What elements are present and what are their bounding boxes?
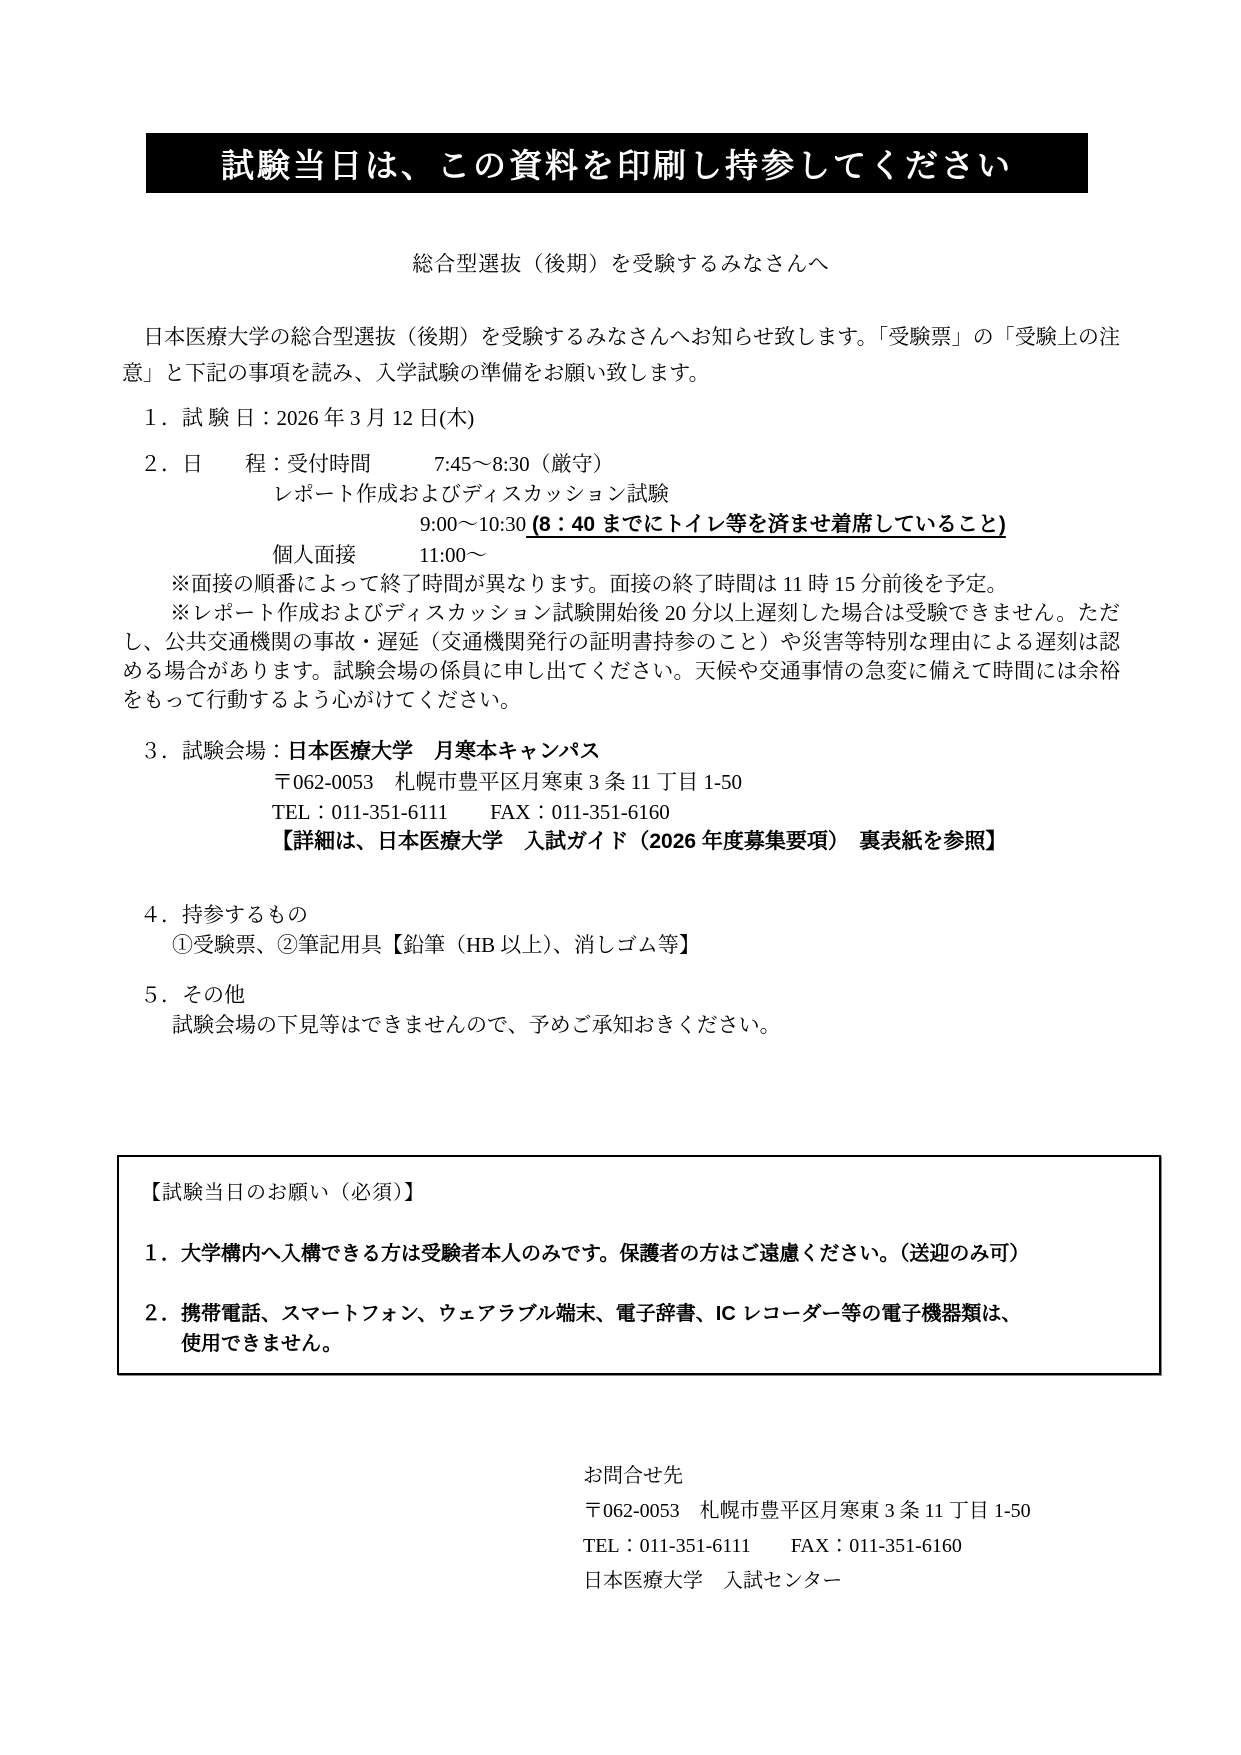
contact-address: 〒062-0053 札幌市豊平区月寒東 3 条 11 丁目 1-50 xyxy=(583,1494,1120,1529)
section-other: ５．その他 試験会場の下見等はできませんので、予めご承知おきください。 xyxy=(122,980,1120,1040)
contact-heading: お問合せ先 xyxy=(583,1459,1120,1494)
schedule-interview-line: 個人面接 11:00～ xyxy=(272,540,1120,570)
schedule-report-time-line: 9:00～10:30 (8：40 までにトイレ等を済ませ着席していること) xyxy=(420,509,1120,540)
intro-paragraph: 日本医療大学の総合型選抜（後期）を受験するみなさんへお知らせ致します。「受験票」… xyxy=(122,319,1120,391)
bring-items: ①受験票、②筆記用具【鉛筆（HB 以上）、消しゴム等】 xyxy=(172,930,1120,960)
document-body: 試験当日は、この資料を印刷し持参してください 総合型選抜（後期）を受験するみなさ… xyxy=(0,133,1241,1599)
request-item-1-number: １． xyxy=(141,1239,181,1269)
venue-label: ３．試験会場： xyxy=(140,739,287,763)
venue-address: 〒062-0053 札幌市豊平区月寒東 3 条 11 丁目 1-50 xyxy=(272,767,1120,797)
banner-title: 試験当日は、この資料を印刷し持参してください xyxy=(221,140,1013,187)
section-exam-date: １．試 験 日：2026 年 3 月 12 日(木) xyxy=(122,403,1120,433)
contact-block: お問合せ先 〒062-0053 札幌市豊平区月寒東 3 条 11 丁目 1-50… xyxy=(583,1459,1120,1599)
request-item-1-text: 大学構内へ入構できる方は受験者本人のみです。保護者の方はご遠慮ください。（送迎の… xyxy=(181,1239,1029,1269)
request-item-2: ２． 携帯電話、スマートフォン、ウェアラブル端末、電子辞書、IC レコーダー等の… xyxy=(141,1299,1135,1359)
note-lateness-policy: ※レポート作成およびディスカッション試験開始後 20 分以上遅刻した場合は受験で… xyxy=(122,599,1120,715)
venue-line: ３．試験会場：日本医療大学 月寒本キャンパス xyxy=(140,736,1120,767)
schedule-reception-line: ２．日 程：受付時間 7:45～8:30（厳守） xyxy=(140,449,1120,479)
venue-tel-fax: TEL：011-351-6111 FAX：011-351-6160 xyxy=(272,797,1120,827)
exam-day-request-box: 【試験当日のお願い（必須）】 １． 大学構内へ入構できる方は受験者本人のみです。… xyxy=(117,1155,1161,1375)
schedule-notes: ※面接の順番によって終了時間が異なります。面接の終了時間は 11 時 15 分前… xyxy=(122,570,1120,715)
request-item-2-number: ２． xyxy=(141,1299,181,1359)
request-box-heading: 【試験当日のお願い（必須）】 xyxy=(141,1179,1135,1207)
request-item-1: １． 大学構内へ入構できる方は受験者本人のみです。保護者の方はご遠慮ください。（… xyxy=(141,1239,1135,1269)
request-item-2-line2: 使用できません。 xyxy=(181,1333,342,1355)
exam-date-line: １．試 験 日：2026 年 3 月 12 日(木) xyxy=(140,403,1120,433)
other-title: ５．その他 xyxy=(140,980,1120,1010)
bring-title: ４．持参するもの xyxy=(140,900,1120,930)
document-page: 試験当日は、この資料を印刷し持参してください 総合型選抜（後期）を受験するみなさ… xyxy=(0,0,1241,1755)
venue-detail-reference: 【詳細は、日本医療大学 入試ガイド（2026 年度募集要項） 裏表紙を参照】 xyxy=(272,827,1120,857)
other-text: 試験会場の下見等はできませんので、予めご承知おきください。 xyxy=(172,1010,1120,1040)
section-bring: ４．持参するもの ①受験票、②筆記用具【鉛筆（HB 以上）、消しゴム等】 xyxy=(122,900,1120,960)
contact-organization: 日本医療大学 入試センター xyxy=(583,1564,1120,1599)
contact-tel-fax: TEL：011-351-6111 FAX：011-351-6160 xyxy=(583,1529,1120,1564)
report-seating-note: (8：40 までにトイレ等を済ませ着席していること) xyxy=(526,513,1006,536)
section-schedule: ２．日 程：受付時間 7:45～8:30（厳守） レポート作成およびディスカッシ… xyxy=(122,449,1120,570)
print-notice-banner: 試験当日は、この資料を印刷し持参してください xyxy=(146,133,1088,193)
note-interview-end: ※面接の順番によって終了時間が異なります。面接の終了時間は 11 時 15 分前… xyxy=(122,570,1120,599)
request-item-2-text: 携帯電話、スマートフォン、ウェアラブル端末、電子辞書、IC レコーダー等の電子機… xyxy=(181,1299,1021,1359)
schedule-report-label: レポート作成およびディスカッション試験 xyxy=(272,479,1120,509)
request-item-2-line1: 携帯電話、スマートフォン、ウェアラブル端末、電子辞書、IC レコーダー等の電子機… xyxy=(181,1303,1021,1325)
document-subtitle: 総合型選抜（後期）を受験するみなさんへ xyxy=(122,249,1120,279)
report-time: 9:00～10:30 xyxy=(420,512,526,536)
section-venue: ３．試験会場：日本医療大学 月寒本キャンパス 〒062-0053 札幌市豊平区月… xyxy=(122,736,1120,857)
venue-campus-name: 日本医療大学 月寒本キャンパス xyxy=(287,740,601,763)
